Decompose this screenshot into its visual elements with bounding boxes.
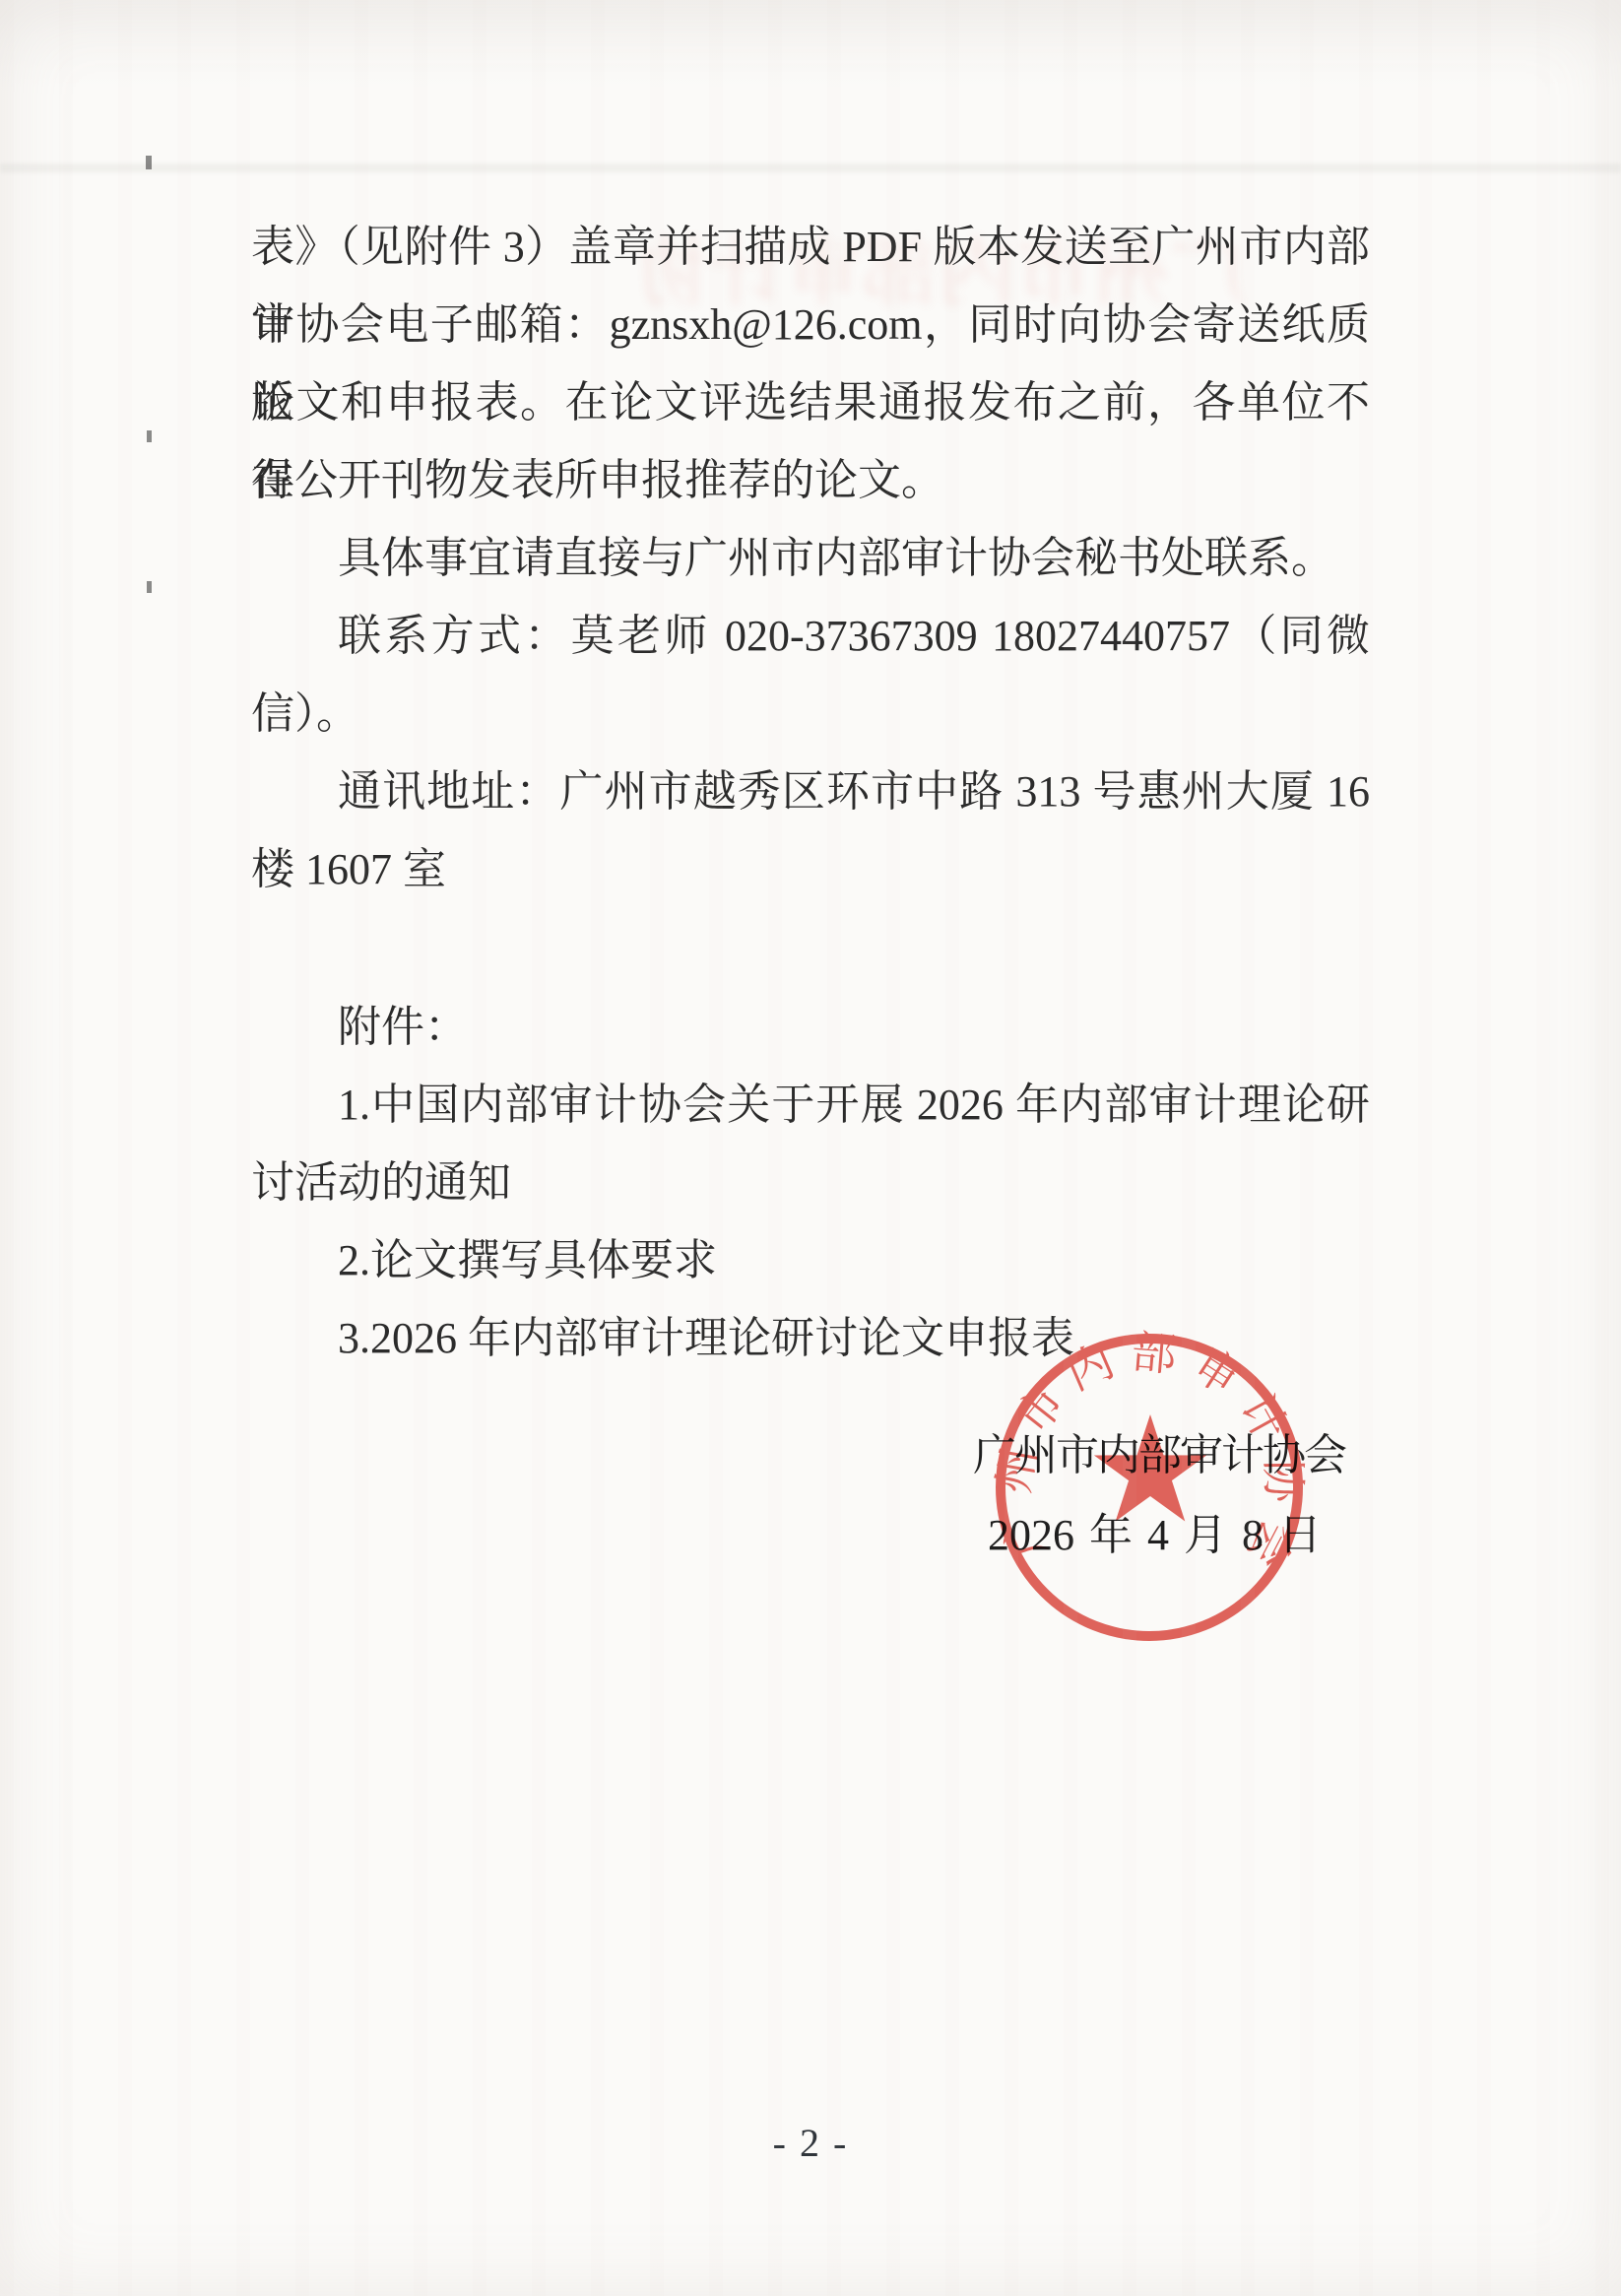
blank-line (251, 908, 1370, 988)
official-seal-stamp: 广州市内部审计协会 (992, 1330, 1307, 1645)
document-body: 表》（见附件 3）盖章并扫描成 PDF 版本发送至广州市内部审 计协会电子邮箱：… (251, 208, 1370, 1377)
body-text-line: 通讯地址：广州市越秀区环市中路 313 号惠州大厦 16 (251, 753, 1370, 830)
document-page: 广州市内部审计协会 表》（见附件 3）盖章并扫描成 PDF 版本发送至广州市内部… (0, 0, 1621, 2296)
scan-artifact-speck (147, 581, 152, 593)
body-text-line: 在公开刊物发表所申报推荐的论文。 (251, 441, 1370, 519)
attachments-label: 附件： (251, 988, 1370, 1066)
body-text-line: 具体事宜请直接与广州市内部审计协会秘书处联系。 (251, 519, 1370, 597)
attachment-line: 1.中国内部审计协会关于开展 2026 年内部审计理论研 (251, 1066, 1370, 1144)
body-text-line: 联系方式：莫老师 020-37367309 18027440757（同微 (251, 597, 1370, 675)
body-text-line: 楼 1607 室 (251, 830, 1370, 908)
scan-artifact-band (0, 164, 1621, 172)
scan-artifact-speck (146, 156, 152, 169)
scan-artifact-speck (147, 430, 152, 442)
body-text-line: 计协会电子邮箱：gznsxh@126.com，同时向协会寄送纸质版 (251, 286, 1370, 363)
page-number: - 2 - (0, 2120, 1621, 2166)
attachment-line: 2.论文撰写具体要求 (251, 1221, 1370, 1299)
star-icon (1094, 1414, 1206, 1522)
attachment-line: 讨活动的通知 (251, 1144, 1370, 1221)
body-text-line: 信）。 (251, 675, 1370, 753)
body-text-line: 表》（见附件 3）盖章并扫描成 PDF 版本发送至广州市内部审 (251, 208, 1370, 286)
body-text-line: 论文和申报表。在论文评选结果通报发布之前，各单位不得 (251, 363, 1370, 441)
